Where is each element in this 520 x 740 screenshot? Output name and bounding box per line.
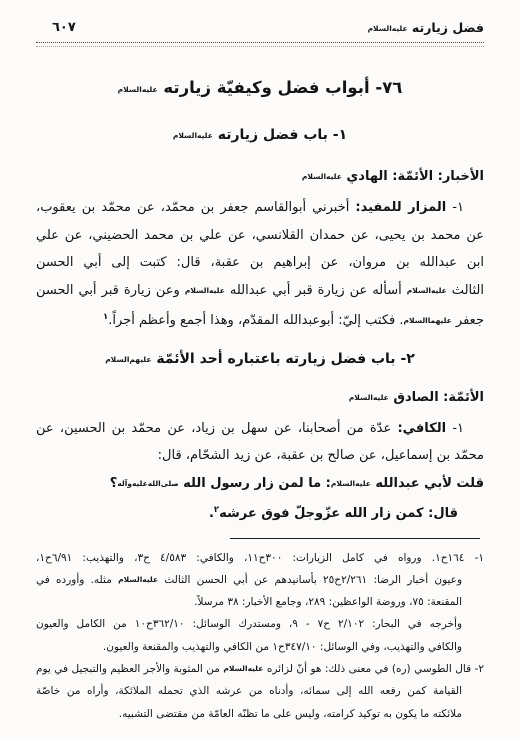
section-1-sources-line: الأخبار: الأئمّة: الهادي عليه‌السلام [36,167,484,187]
text-segment: ١- باب فضل زيارته [213,127,347,143]
footnote-line: والكافي والتهذيب، وفي الوسائل: ٣٤٧/١٠ح١ … [36,636,484,658]
book-page: فضل زيارته عليه‌السلام ٦٠٧ ٧٦- أبواب فضل… [0,0,520,740]
text-segment: قلت لأبي عبدالله [371,476,484,491]
honorific-text: عليه‌السلام [331,479,371,488]
honorific-text: عليه‌السلام [302,172,342,181]
page-number: ٦٠٧ [52,20,76,35]
text-segment: ١- [446,421,464,436]
text-segment: عن محمد بن يحيى، عن حمدان القلانسي، عن ع… [36,228,484,243]
text-segment: ١٦٤ح١. ورواه في كامل الزيارات: ٣٠٠ح١١، و… [36,552,464,564]
text-segment: مثله. وأورده في [36,574,118,586]
text-segment: ٢- [471,663,484,675]
text-segment: ٢- باب فضل زيارته باعتباره أحد الأئمّة [151,351,414,367]
section-2-paragraph: ١- الكافي: عدّة من أصحابنا، عن سهل بن زي… [36,415,484,525]
footnote-line: القيامة كمن رفعه الله إلى سمائه، وأدناه … [36,680,484,702]
text-segment: ابن عبدالله بن مروان، عن إبراهيم بن عقبة… [36,255,484,270]
honorific-text: عليه‌السلام [407,286,447,295]
narration-line: ١- الكافي: عدّة من أصحابنا، عن سهل بن زي… [36,415,484,443]
section-1-paragraph: ١- المزار للمفيد: أخبرني أبوالقاسم جعفر … [36,194,484,332]
text-segment: ١- [446,200,464,215]
text-segment: فضل زيارته [408,20,484,35]
footnote-line: المقنعة: ٧٥، وروضة الواعظين: ٢٨٩، وجامع … [36,591,484,613]
text-segment: قال الطوسي (ره) في معنى ذلك: هو أنّ لزائ… [263,663,471,675]
text-segment: وأخرجه في البحار: ٢/١٠٢ ح٧ - ٩، ومستدرك … [36,618,462,630]
text-segment: الكافي: [397,421,446,436]
dialogue-line: قال: كمن زار الله عزّوجلّ فوق عرشه٢. [36,497,484,525]
text-segment: والكافي والتهذيب، وفي الوسائل: ٣٤٧/١٠ح١ … [103,641,462,653]
section-2-sources-line: الأئمّة: الصادق عليه‌السلام [36,388,484,408]
text-segment: الأخبار: الأئمّة: الهادي [342,169,484,184]
page-header: فضل زيارته عليه‌السلام ٦٠٧ [36,20,484,35]
narration-line: الثالث عليه‌السلام أسأله عن زيارة قبر أب… [36,277,484,305]
text-segment: . فكتب إليّ: أبوعبدالله المقدّم، وهذا أج… [108,313,403,328]
dialogue-line: قلت لأبي عبدالله عليه‌السلام: ما لمن زار… [36,470,484,498]
narration-line: ابن عبدالله بن مروان، عن إبراهيم بن عقبة… [36,249,484,277]
honorific-text: عليهما‌السلام [404,316,452,325]
text-segment: جعفر [452,313,484,328]
footnote-separator [230,538,480,539]
text-segment: الأئمّة: الصادق [389,390,484,405]
section-1-heading: ١- باب فضل زيارته عليه‌السلام [36,125,484,146]
text-segment: المزار للمفيد: [355,200,446,215]
honorific-text: عليه‌السلام [368,24,408,33]
section-2-heading: ٢- باب فضل زيارته باعتباره أحد الأئمّة ع… [36,349,484,370]
honorific-text: عليه‌السلام [349,393,389,402]
running-title: فضل زيارته عليه‌السلام [368,20,484,35]
footnote-line: ملائكته ما يكون به توكيد كرامته، وليس عل… [36,703,484,725]
footnotes-block: ١- ١٦٤ح١. ورواه في كامل الزيارات: ٣٠٠ح١١… [36,547,484,725]
footnote-line: ١- ١٦٤ح١. ورواه في كامل الزيارات: ٣٠٠ح١١… [36,547,484,569]
honorific-text: عليهم‌السلام [105,355,151,364]
narration-line: ١- المزار للمفيد: أخبرني أبوالقاسم جعفر … [36,194,484,222]
narration-line: جعفر عليهما‌السلام. فكتب إليّ: أبوعبدالل… [36,304,484,332]
honorific-text: عليه‌السلام [118,575,158,584]
text-segment: من المثوبة والأجر العظيم والتبجيل في يوم [36,663,223,675]
header-rule-bottom [36,46,484,47]
narration-line: محمّد بن إسماعيل، عن صالح بن عقبة، عن زي… [36,442,484,470]
header-rule-top [36,42,484,43]
text-segment: أسأله عن زيارة قبر أبي عبدالله [225,283,407,298]
text-segment: ١- [464,552,484,564]
text-segment: عدّة من أصحابنا، عن سهل بن زياد، عن محمّ… [36,421,397,436]
chapter-title: ٧٦- أبواب فضل وكيفيّة زيارته عليه‌السلام [36,77,484,101]
text-segment: أخبرني أبوالقاسم جعفر بن محمّد، عن محمّد… [36,200,355,215]
text-segment: محمّد بن إسماعيل، عن صالح بن عقبة، عن زي… [158,448,484,463]
honorific-text: عليه‌السلام [173,131,213,140]
footnote-line: وعيون أخبار الرضا: ٢/٢٦١ح٢٥ بأسانيدهم عن… [36,569,484,591]
honorific-text: عليه‌السلام [118,85,158,94]
text-segment: القيامة كمن رفعه الله إلى سمائه، وأدناه … [36,685,462,697]
text-segment: : ما لمن زار رسول الله [179,476,331,491]
text-segment: الثالث [447,283,484,298]
honorific-text: صلى‌الله‌عليه‌وآله [117,479,178,488]
text-segment: قال: كمن زار الله عزّوجلّ فوق عرشه [219,506,458,521]
honorific-text: عليه‌السلام [185,286,225,295]
footnote-line: ٢- قال الطوسي (ره) في معنى ذلك: هو أنّ ل… [36,658,484,680]
text-segment: وعيون أخبار الرضا: ٢/٢٦١ح٢٥ بأسانيدهم عن… [158,574,462,586]
footnote-line: وأخرجه في البحار: ٢/١٠٢ ح٧ - ٩، ومستدرك … [36,613,484,635]
text-segment: ملائكته ما يكون به توكيد كرامته، وليس عل… [119,708,462,720]
honorific-text: عليه‌السلام [223,664,263,673]
text-segment: المقنعة: ٧٥، وروضة الواعظين: ٢٨٩، وجامع … [194,596,462,608]
text-segment: ٧٦- أبواب فضل وكيفيّة زيارته [158,78,403,97]
narration-line: عن محمد بن يحيى، عن حمدان القلانسي، عن ع… [36,222,484,250]
